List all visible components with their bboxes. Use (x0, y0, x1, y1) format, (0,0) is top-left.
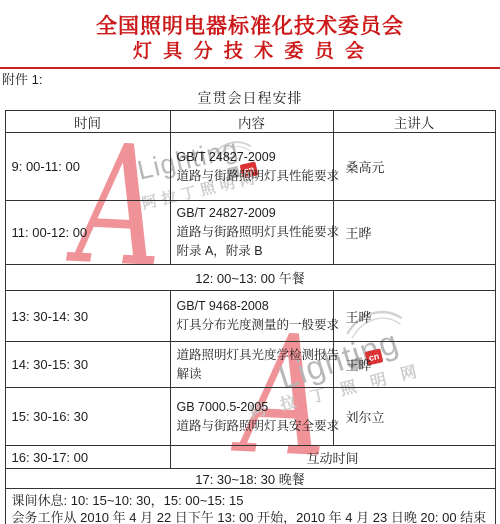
header-cell-time: 时间 (5, 111, 170, 133)
table-row-session-5: 15: 30-16: 30 GB 7000.5-2005 道路与街路照明灯具安全… (5, 388, 495, 446)
content-line: 道路照明灯具光度学检测报告 (177, 346, 333, 365)
merged-cell: 17: 30~18: 30 晚餐 (5, 469, 495, 489)
content-line: 道路与街路照明灯具性能要求 (177, 223, 333, 242)
content-cell: GB 7000.5-2005 道路与街路照明灯具安全要求 (170, 388, 333, 446)
content-cell: GB/T 9468-2008 灯具分布光度测量的一般要求 (170, 291, 333, 342)
time-cell: 9: 00-11: 00 (5, 133, 170, 201)
time-cell: 16: 30-17: 00 (5, 446, 170, 469)
table-row-session-2: 11: 00-12: 00 GB/T 24827-2009 道路与街路照明灯具性… (5, 201, 495, 265)
merged-cell: 互动时间 (170, 446, 495, 469)
content-line: 道路与街路照明灯具安全要求 (177, 417, 333, 436)
content-line: 灯具分布光度测量的一般要求 (177, 316, 333, 335)
content-line: GB/T 9468-2008 (177, 297, 333, 316)
content-line: GB/T 24827-2009 (177, 148, 333, 167)
content-line: 附录 A，附录 B (177, 242, 333, 261)
content-line: 解读 (177, 365, 333, 384)
content-line: 道路与街路照明灯具性能要求 (177, 167, 333, 186)
speaker-cell: 王晔 (333, 342, 495, 388)
speaker-cell: 桑高元 (333, 133, 495, 201)
time-cell: 13: 30-14: 30 (5, 291, 170, 342)
time-cell: 11: 00-12: 00 (5, 201, 170, 265)
content-cell: GB/T 24827-2009 道路与街路照明灯具性能要求 (170, 133, 333, 201)
header-cell-speaker: 主讲人 (333, 111, 495, 133)
doc-title-line-2: 灯 具 分 技 术 委 员 会 (0, 40, 500, 63)
notes-line: 课间休息: 10: 15~10: 30，15: 00~15: 15 (12, 492, 495, 509)
table-header-row: 时间 内容 主讲人 (5, 111, 495, 133)
notes-cell: 课间休息: 10: 15~10: 30，15: 00~15: 15 会务工作从 … (5, 489, 495, 524)
content-cell: 道路照明灯具光度学检测报告 解读 (170, 342, 333, 388)
time-cell: 14: 30-15: 30 (5, 342, 170, 388)
table-row-session-4: 14: 30-15: 30 道路照明灯具光度学检测报告 解读 王晔 (5, 342, 495, 388)
notes-line: 会务工作从 2010 年 4 月 22 日下午 13: 00 开始，2010 年… (12, 509, 495, 524)
table-row-lunch-break: 12: 00~13: 00 午餐 (5, 265, 495, 291)
document-content: 全国照明电器标准化技术委员会 灯 具 分 技 术 委 员 会 附件 1: 宣贯会… (0, 0, 500, 524)
page: A Lighting cn 阿拉丁照明网 A Lighting cn 阿拉丁照明… (0, 0, 500, 524)
content-line: GB/T 24827-2009 (177, 204, 333, 223)
table-row-interaction: 16: 30-17: 00 互动时间 (5, 446, 495, 469)
table-row-notes: 课间休息: 10: 15~10: 30，15: 00~15: 15 会务工作从 … (5, 489, 495, 524)
header-cell-content: 内容 (170, 111, 333, 133)
content-cell: GB/T 24827-2009 道路与街路照明灯具性能要求 附录 A，附录 B (170, 201, 333, 265)
table-row-session-1: 9: 00-11: 00 GB/T 24827-2009 道路与街路照明灯具性能… (5, 133, 495, 201)
red-divider (0, 67, 500, 69)
speaker-cell: 王晔 (333, 201, 495, 265)
doc-title-line-1: 全国照明电器标准化技术委员会 (0, 14, 500, 39)
table-row-dinner-break: 17: 30~18: 30 晚餐 (5, 469, 495, 489)
speaker-cell: 王晔 (333, 291, 495, 342)
table-title: 宣贯会日程安排 (0, 90, 500, 107)
content-line: GB 7000.5-2005 (177, 398, 333, 417)
doc-title: 全国照明电器标准化技术委员会 灯 具 分 技 术 委 员 会 (0, 0, 500, 63)
schedule-table: 时间 内容 主讲人 9: 00-11: 00 GB/T 24827-2009 道… (5, 110, 496, 524)
time-cell: 15: 30-16: 30 (5, 388, 170, 446)
speaker-cell: 刘尔立 (333, 388, 495, 446)
table-row-session-3: 13: 30-14: 30 GB/T 9468-2008 灯具分布光度测量的一般… (5, 291, 495, 342)
merged-cell: 12: 00~13: 00 午餐 (5, 265, 495, 291)
attachment-label: 附件 1: (2, 72, 500, 88)
